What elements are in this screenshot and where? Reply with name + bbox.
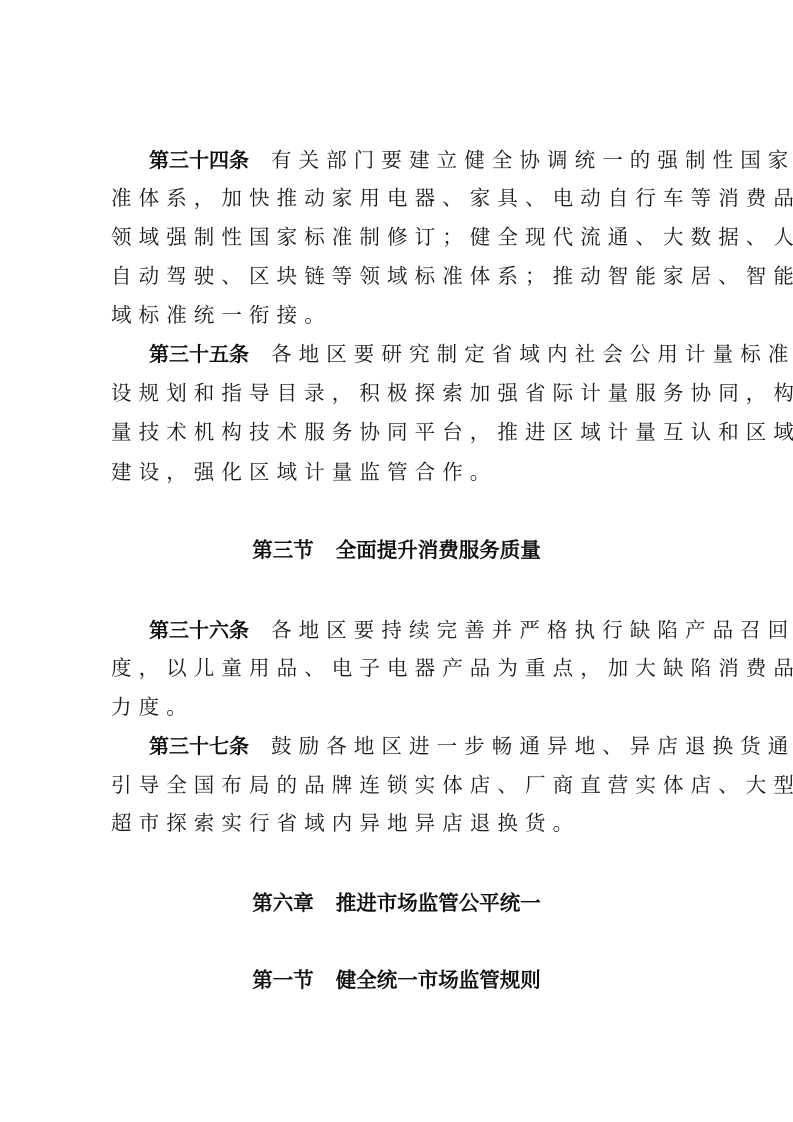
section-title: 全面提升消费服务质量 <box>336 538 541 562</box>
article-37-line-1: 第三十七条鼓励各地区进一步畅通异地、异店退换货通道， <box>149 731 729 761</box>
article-34-line-4: 自动驾驶、区块链等领域标准体系；推动智能家居、智能安防等领 <box>111 261 691 291</box>
article-36-line-3: 力度。 <box>111 692 691 722</box>
article-34-line-5: 域标准统一衔接。 <box>111 300 691 330</box>
article-text: 鼓励各地区进一步畅通异地、异店退换货通道， <box>271 734 793 758</box>
article-37-line-2: 引导全国布局的品牌连锁实体店、厂商直营实体店、大型连锁商场 <box>111 770 691 800</box>
article-35-line-2: 设规划和指导目录，积极探索加强省际计量服务协同，构建省际计 <box>111 378 691 408</box>
article-34-line-2: 准体系，加快推动家用电器、家具、电动自行车等消费品行业重点 <box>111 183 691 213</box>
article-35-line-3: 量技术机构技术服务协同平台，推进区域计量互认和区域诚信计量 <box>111 417 691 447</box>
section-heading-3: 第三节全面提升消费服务质量 <box>0 535 793 565</box>
article-36-line-2: 度，以儿童用品、电子电器产品为重点，加大缺陷消费品召回监管 <box>111 653 691 683</box>
section-heading-1: 第一节健全统一市场监管规则 <box>0 965 793 995</box>
article-35-line-1: 第三十五条各地区要研究制定省域内社会公用计量标准建 <box>149 339 729 369</box>
article-34-line-1: 第三十四条有关部门要建立健全协调统一的强制性国家标 <box>149 145 729 175</box>
article-label: 第三十五条 <box>149 342 249 366</box>
article-label: 第三十四条 <box>149 148 249 172</box>
section-title: 健全统一市场监管规则 <box>336 968 541 992</box>
article-35-line-4: 建设，强化区域计量监管合作。 <box>111 457 691 487</box>
article-34-line-3: 领域强制性国家标准制修订；健全现代流通、大数据、人工智能、 <box>111 222 691 252</box>
chapter-heading-6: 第六章推进市场监管公平统一 <box>0 888 793 918</box>
section-number: 第三节 <box>252 538 314 562</box>
document-page: 第三十四条有关部门要建立健全协调统一的强制性国家标 准体系，加快推动家用电器、家… <box>0 0 793 1122</box>
article-label: 第三十六条 <box>149 618 249 642</box>
chapter-number: 第六章 <box>252 891 314 915</box>
article-text: 各地区要研究制定省域内社会公用计量标准建 <box>271 342 793 366</box>
section-number: 第一节 <box>252 968 314 992</box>
chapter-title: 推进市场监管公平统一 <box>336 891 541 915</box>
article-text: 各地区要持续完善并严格执行缺陷产品召回制 <box>271 618 793 642</box>
article-text: 有关部门要建立健全协调统一的强制性国家标 <box>271 148 793 172</box>
article-37-line-3: 超市探索实行省域内异地异店退换货。 <box>111 808 691 838</box>
article-36-line-1: 第三十六条各地区要持续完善并严格执行缺陷产品召回制 <box>149 615 729 645</box>
article-label: 第三十七条 <box>149 734 249 758</box>
